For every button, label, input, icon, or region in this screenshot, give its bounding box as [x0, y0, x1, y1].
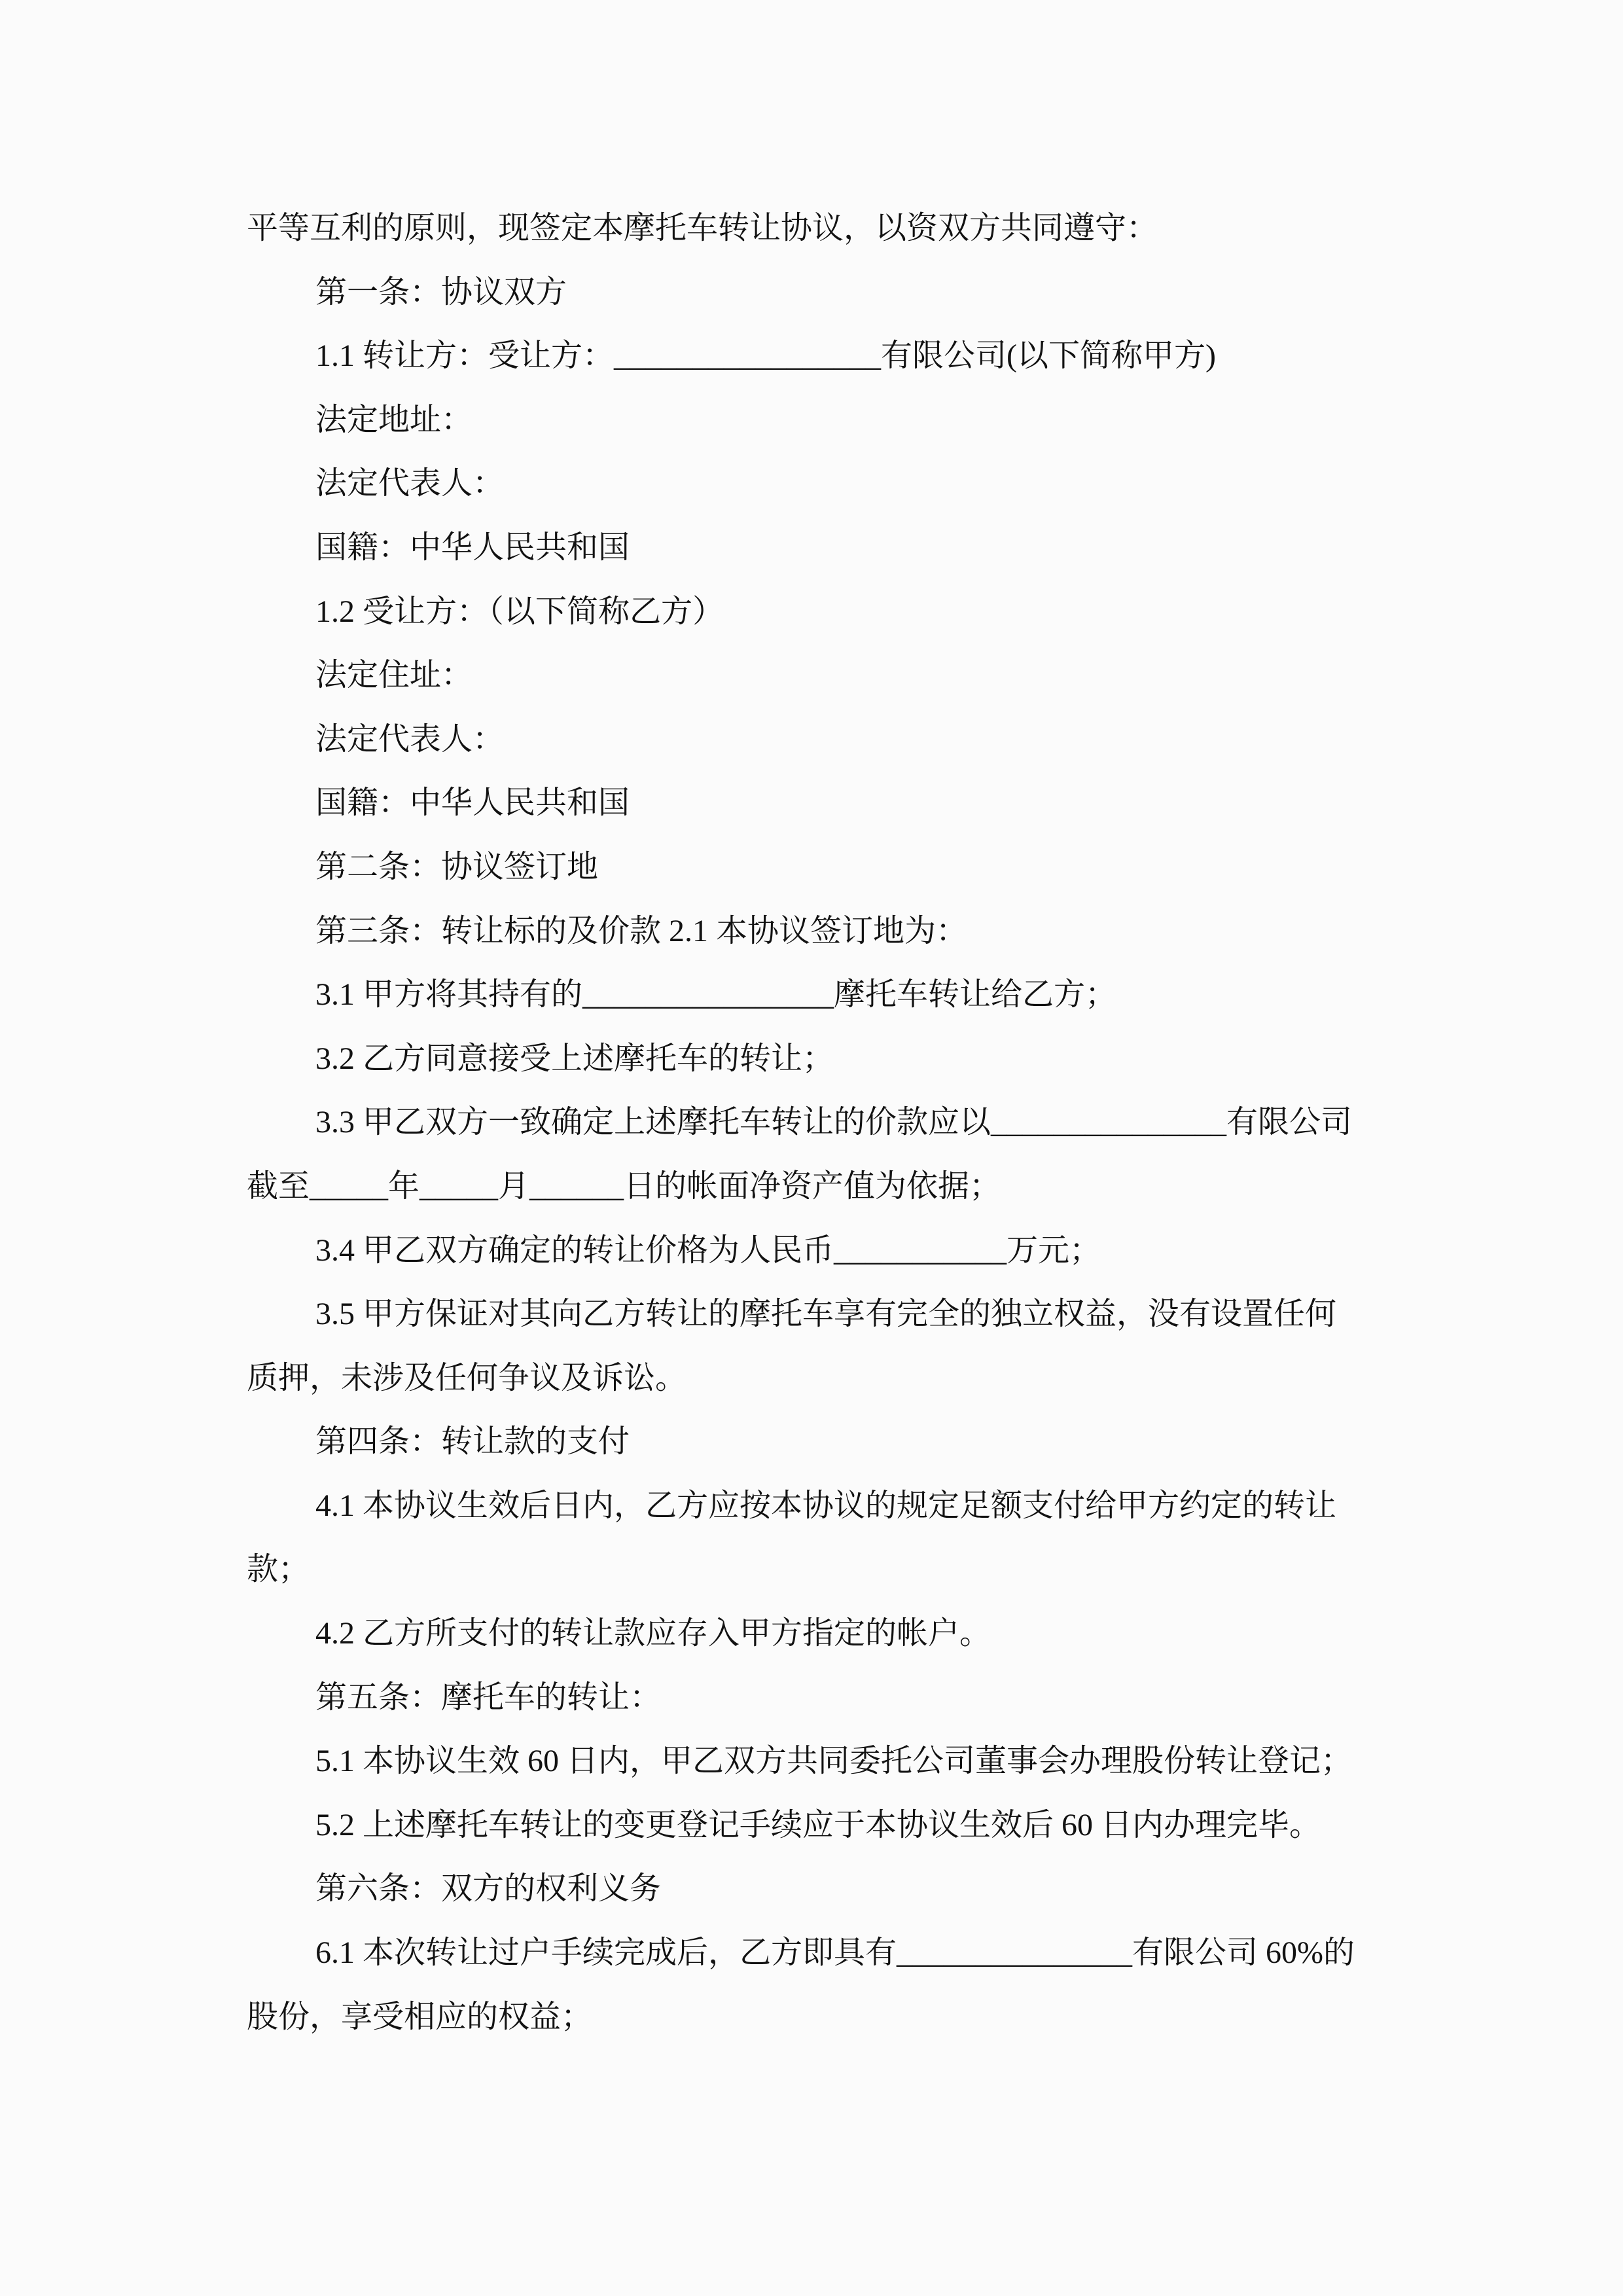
clause-heading-line: 第三条：转让标的及价款 2.1 本协议签订地为：: [247, 899, 1385, 963]
document-line: 6.1 本次转让过户手续完成后，乙方即具有_______________有限公司…: [247, 1921, 1385, 1985]
document-line: 5.1 本协议生效 60 日内，甲乙双方共同委托公司董事会办理股份转让登记；: [247, 1729, 1385, 1793]
document-line: 3.1 甲方将其持有的________________摩托车转让给乙方；: [247, 963, 1385, 1027]
clause-heading-line: 第六条：双方的权利义务: [247, 1857, 1385, 1921]
document-line: 5.2 上述摩托车转让的变更登记手续应于本协议生效后 60 日内办理完毕。: [247, 1793, 1385, 1857]
document-line: 国籍：中华人民共和国: [247, 516, 1385, 580]
clause-heading-line: 第四条：转让款的支付: [247, 1410, 1385, 1474]
document-line: 股份，享受相应的权益；: [247, 1985, 1385, 2049]
clause-heading-line: 第五条：摩托车的转让：: [247, 1666, 1385, 1730]
document-line: 款；: [247, 1537, 1385, 1602]
document-line: 4.2 乙方所支付的转让款应存入甲方指定的帐户。: [247, 1602, 1385, 1666]
contract-document-page: 平等互利的原则，现签定本摩托车转让协议，以资双方共同遵守： 第一条：协议双方 1…: [0, 0, 1623, 2296]
contract-body: 平等互利的原则，现签定本摩托车转让协议，以资双方共同遵守： 第一条：协议双方 1…: [247, 196, 1385, 2049]
document-line: 3.3 甲乙双方一致确定上述摩托车转让的价款应以_______________有…: [247, 1090, 1385, 1155]
document-line: 法定地址：: [247, 388, 1385, 452]
document-line: 平等互利的原则，现签定本摩托车转让协议，以资双方共同遵守：: [247, 196, 1385, 260]
document-line: 1.2 受让方：（以下简称乙方）: [247, 580, 1385, 644]
document-line: 法定代表人：: [247, 452, 1385, 516]
document-line: 法定代表人：: [247, 708, 1385, 772]
document-line: 3.5 甲方保证对其向乙方转让的摩托车享有完全的独立权益，没有设置任何: [247, 1282, 1385, 1346]
document-line: 法定住址：: [247, 643, 1385, 708]
document-line: 3.4 甲乙双方确定的转让价格为人民币___________万元；: [247, 1219, 1385, 1283]
document-line: 3.2 乙方同意接受上述摩托车的转让；: [247, 1027, 1385, 1091]
document-line: 截至_____年_____月______日的帐面净资产值为依据；: [247, 1155, 1385, 1219]
clause-heading-line: 第二条：协议签订地: [247, 835, 1385, 899]
document-line: 4.1 本协议生效后日内，乙方应按本协议的规定足额支付给甲方约定的转让: [247, 1474, 1385, 1538]
document-line: 国籍：中华人民共和国: [247, 771, 1385, 835]
clause-heading-line: 第一条：协议双方: [247, 260, 1385, 325]
document-line: 质押，未涉及任何争议及诉讼。: [247, 1346, 1385, 1410]
document-line: 1.1 转让方：受让方：_________________有限公司(以下简称甲方…: [247, 324, 1385, 388]
